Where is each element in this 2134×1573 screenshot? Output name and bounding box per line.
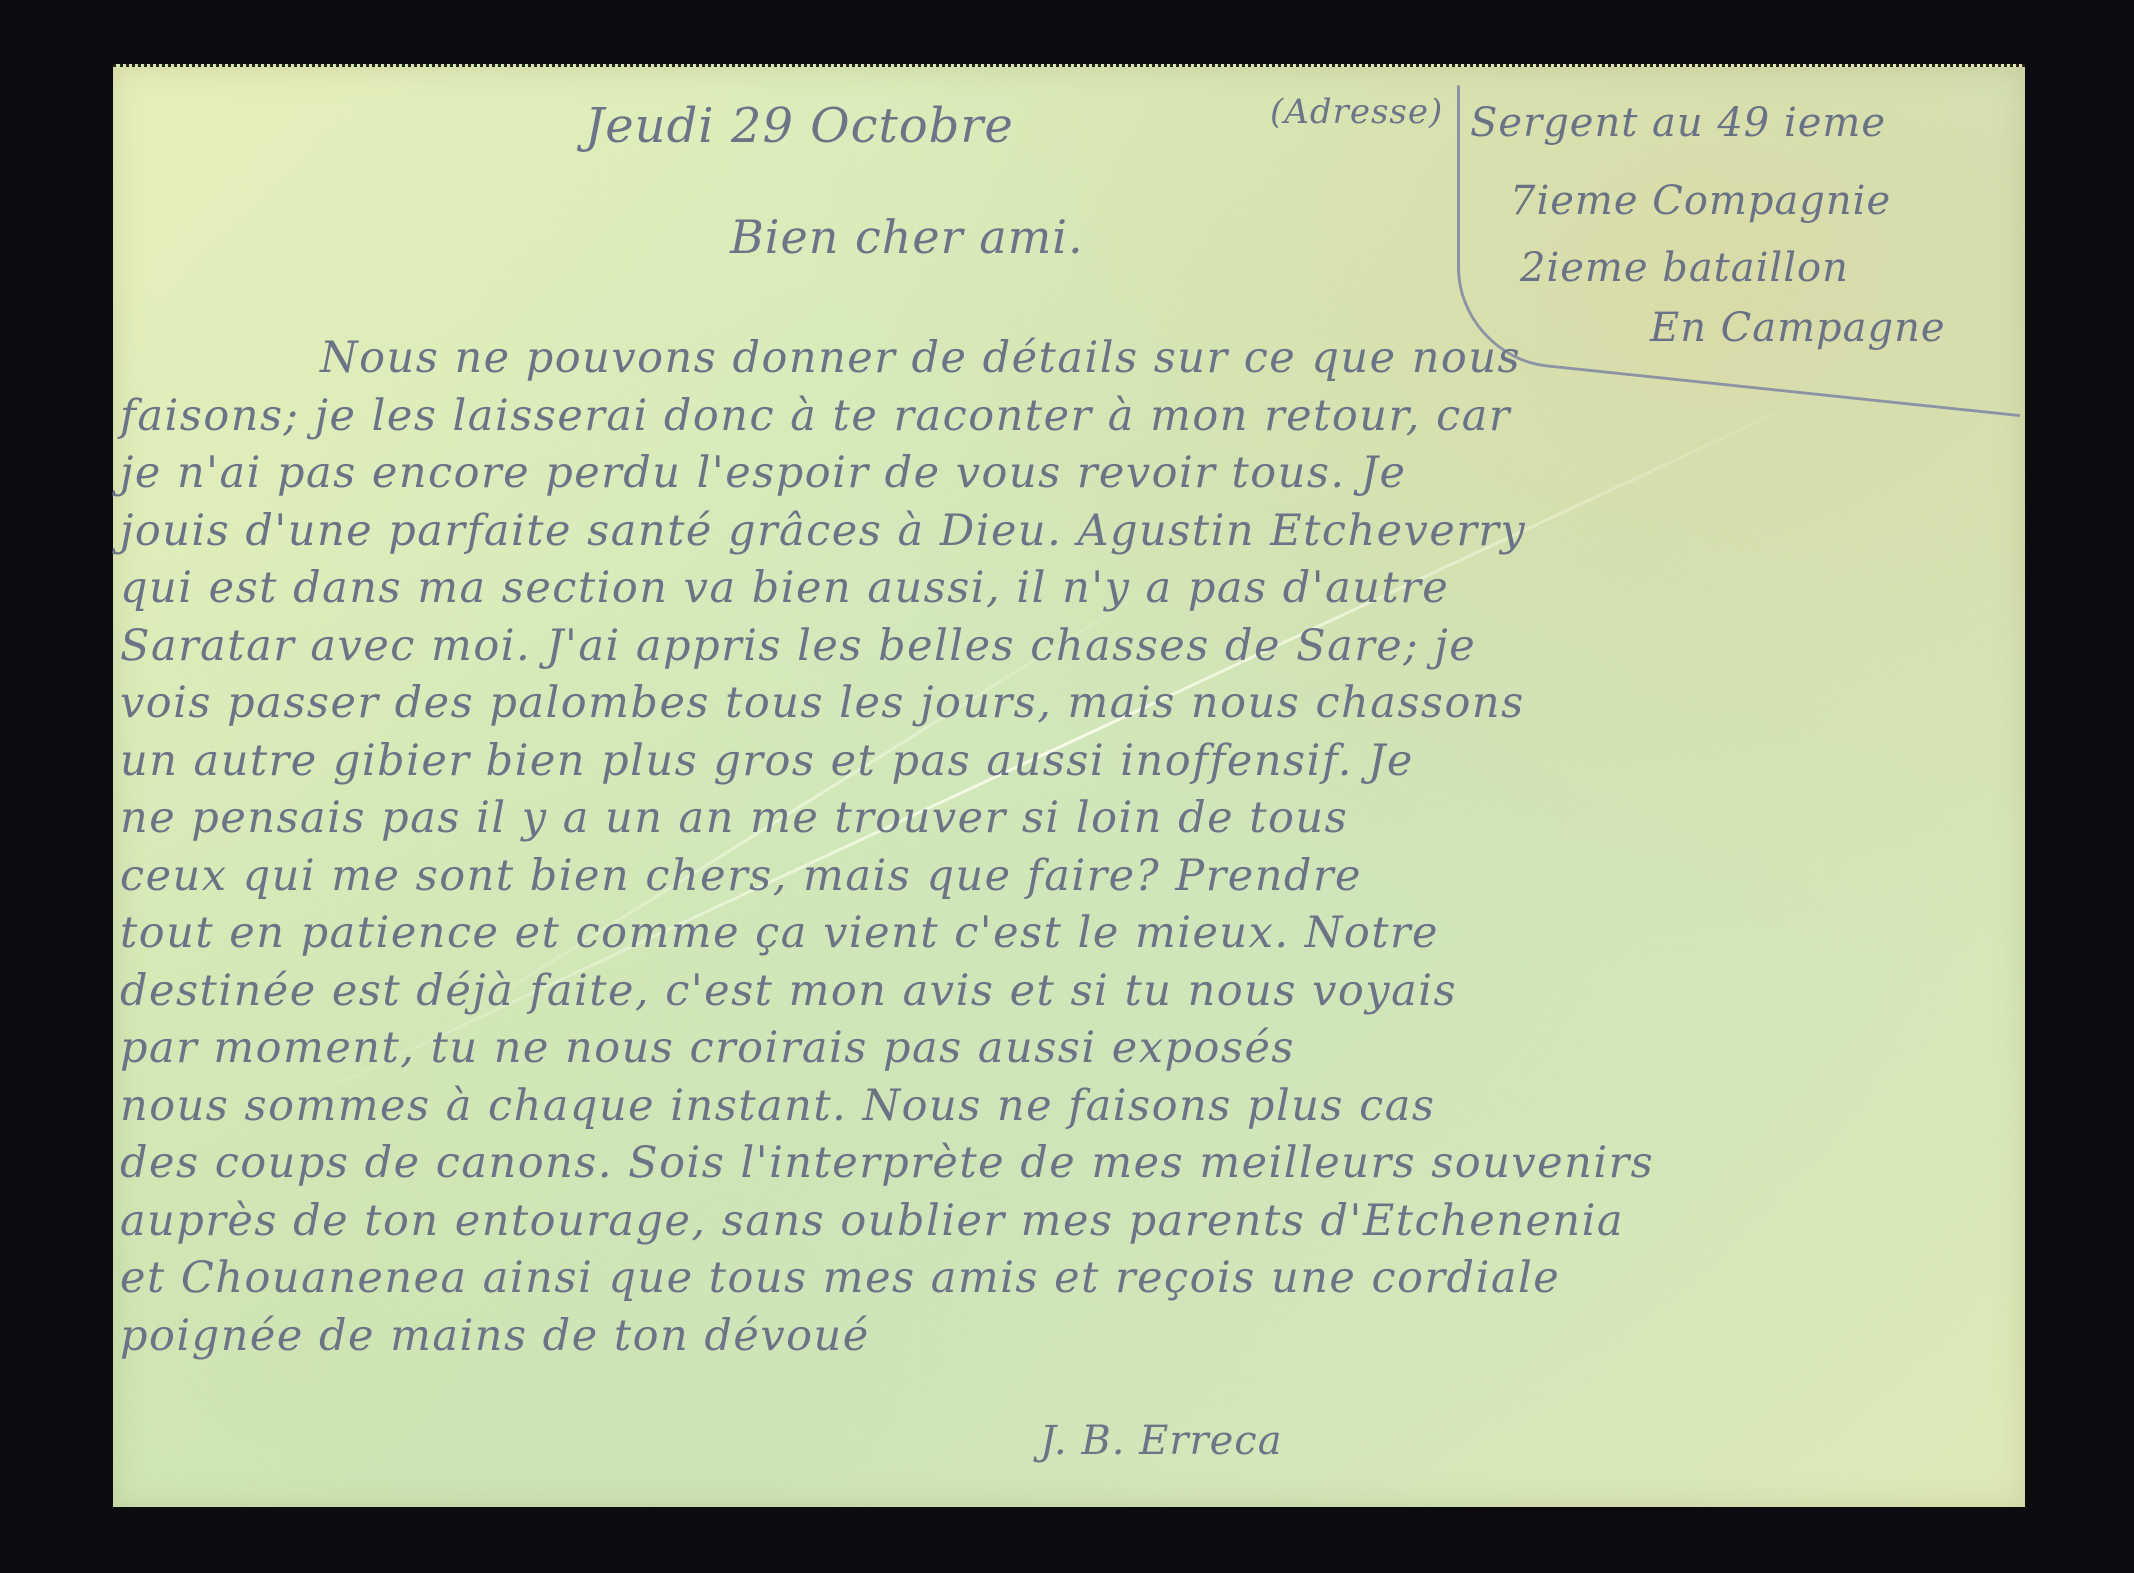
signature: J. B. Erreca — [1040, 1418, 1283, 1464]
letter-line: jouis d'une parfaite santé grâces à Dieu… — [120, 503, 2000, 561]
letter-line: des coups de canons. Sois l'interprète d… — [120, 1135, 2000, 1193]
letter-line: un autre gibier bien plus gros et pas au… — [120, 733, 2000, 791]
sender-address-line: Sergent au 49 ieme — [1470, 100, 1886, 146]
scan-background: Jeudi 29 Octobre (Adresse) Bien cher ami… — [0, 0, 2134, 1573]
letter-line: faisons; je les laisserai donc à te raco… — [120, 388, 2000, 446]
letter-date: Jeudi 29 Octobre — [585, 98, 1014, 154]
letter-line: destinée est déjà faite, c'est mon avis … — [120, 963, 2000, 1021]
letter-line: poignée de mains de ton dévoué — [120, 1308, 2000, 1366]
letter-line: par moment, tu ne nous croirais pas auss… — [120, 1020, 2000, 1078]
letter-line: et Chouanenea ainsi que tous mes amis et… — [120, 1250, 2000, 1308]
sender-address-line: 7ieme Compagnie — [1510, 178, 1891, 224]
letter-line: ceux qui me sont bien chers, mais que fa… — [120, 848, 2000, 906]
letter-line: Nous ne pouvons donner de détails sur ce… — [120, 330, 2000, 388]
address-note: (Adresse) — [1270, 92, 1443, 132]
letter-line: qui est dans ma section va bien aussi, i… — [120, 560, 2000, 618]
letter-line: auprès de ton entourage, sans oublier me… — [120, 1193, 2000, 1251]
salutation: Bien cher ami. — [730, 210, 1084, 264]
letter-line: Saratar avec moi. J'ai appris les belles… — [120, 618, 2000, 676]
letter-line: ne pensais pas il y a un an me trouver s… — [120, 790, 2000, 848]
letter-line: vois passer des palombes tous les jours,… — [120, 675, 2000, 733]
letter-line: je n'ai pas encore perdu l'espoir de vou… — [120, 445, 2000, 503]
letter-line: tout en patience et comme ça vient c'est… — [120, 905, 2000, 963]
letter-body: Nous ne pouvons donner de détails sur ce… — [120, 330, 2000, 1365]
sender-address-line: 2ieme bataillon — [1520, 245, 1849, 291]
letter-line: nous sommes à chaque instant. Nous ne fa… — [120, 1078, 2000, 1136]
